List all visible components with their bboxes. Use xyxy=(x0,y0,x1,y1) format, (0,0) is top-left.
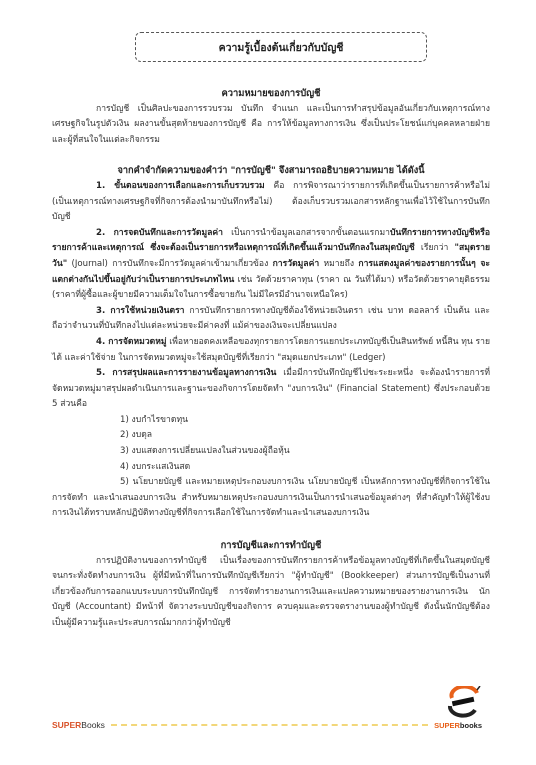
definition-item-1: 1. ขั้นตอนของการเลือกและการเก็บรวบรวม คื… xyxy=(52,179,490,226)
definition-heading: จากคำจำกัดความของคำว่า "การบัญชี" จึงสาม… xyxy=(52,163,490,179)
footer-divider xyxy=(111,724,428,726)
meaning-paragraph: การบัญชี เป็นศิลปะของการรวบรวม บันทึก จำ… xyxy=(52,102,490,149)
spacer xyxy=(52,522,490,538)
item-title: 1. ขั้นตอนของการเลือกและการเก็บรวบรวม xyxy=(96,181,265,191)
item-text: (Journal) การบันทึกจะมีการวัดมูลค่าเข้าม… xyxy=(67,259,272,269)
item-title: 3. การใช้หน่วยเงินตรา xyxy=(96,306,185,316)
page-footer: SUPERBooks SUPERbooks xyxy=(52,718,482,732)
brand-books: Books xyxy=(81,720,105,730)
brand-super: SUPER xyxy=(434,721,460,730)
definition-item-3: 3. การใช้หน่วยเงินตรา การบันทึกรายการทาง… xyxy=(52,304,490,335)
page-title: ความรู้เบื้องต้นเกี่ยวกับบัญชี xyxy=(219,39,344,56)
footer-brand-right: SUPERbooks xyxy=(434,721,482,730)
item-text: หมายถึง xyxy=(319,259,358,269)
item-text: เป็นการนำข้อมูลเอกสารจากขั้นตอนแรกมา xyxy=(223,228,390,238)
item-title: 2. การจดบันทึกและการวัดมูลค่า xyxy=(96,228,223,238)
item-title: 4. การจัดหมวดหมู่ xyxy=(96,337,167,347)
superbooks-logo-icon xyxy=(444,686,484,718)
brand-books: books xyxy=(460,721,482,730)
item-title: 5. การสรุปผลและการรายงานข้อมูลทางการเงิน xyxy=(96,368,276,378)
page-title-box: ความรู้เบื้องต้นเกี่ยวกับบัญชี xyxy=(135,32,427,62)
bookkeeping-paragraph: การปฏิบัติงานของการทำบัญชี เป็นเรื่องของ… xyxy=(52,554,490,632)
item-emphasis: การวัดมูลค่า xyxy=(273,259,320,269)
statement-item-4: 4) งบกระแสเงินสด xyxy=(52,460,490,476)
footer-brand-left: SUPERBooks xyxy=(52,720,105,730)
section-heading-meaning: ความหมายของการบัญชี xyxy=(52,86,490,102)
statement-item-1: 1) งบกำไรขาดทุน xyxy=(52,413,490,429)
statement-item-5: 5) นโยบายบัญชี และหมายเหตุประกอบงบการเงิ… xyxy=(52,475,490,522)
item-text: เรียกว่า xyxy=(415,243,455,253)
definition-item-5: 5. การสรุปผลและการรายงานข้อมูลทางการเงิน… xyxy=(52,366,490,413)
section-heading-bookkeeping: การบัญชีและการทำบัญชี xyxy=(52,538,490,554)
document-page: ความรู้เบื้องต้นเกี่ยวกับบัญชี ความหมายข… xyxy=(0,0,536,765)
definition-item-4: 4. การจัดหมวดหมู่ เพื่อหายอดคงเหลือของทุ… xyxy=(52,335,490,366)
document-content: ความหมายของการบัญชี การบัญชี เป็นศิลปะขอ… xyxy=(52,86,490,632)
statement-item-3: 3) งบแสดงการเปลี่ยนแปลงในส่วนของผู้ถือหุ… xyxy=(52,444,490,460)
definition-item-2: 2. การจดบันทึกและการวัดมูลค่า เป็นการนำข… xyxy=(52,226,490,304)
brand-super: SUPER xyxy=(52,720,81,730)
statement-item-2: 2) งบดุล xyxy=(52,428,490,444)
